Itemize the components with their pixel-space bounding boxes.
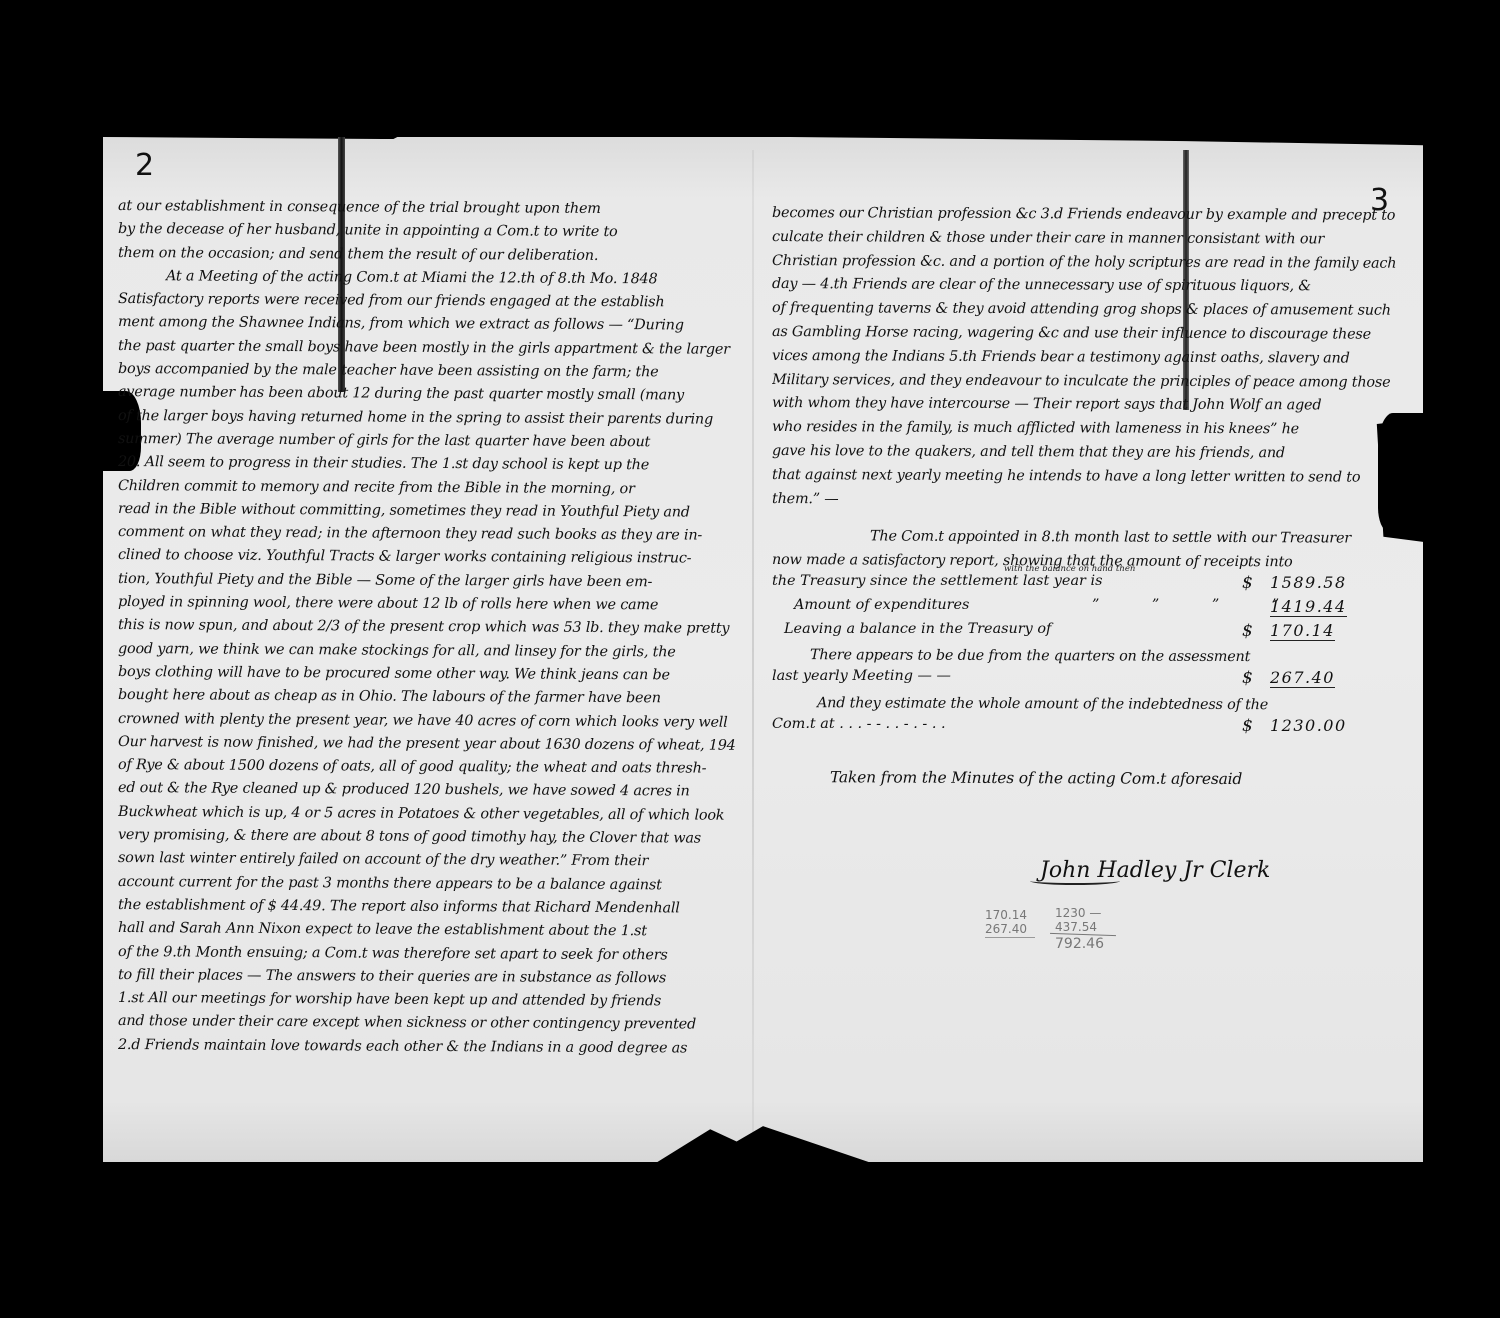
pencil-note-column-a: 170.14 267.40 xyxy=(985,908,1027,936)
ledger-label: the Treasury since the settlement last y… xyxy=(772,573,1102,589)
interlineation: with the balance on hand then xyxy=(1004,564,1135,574)
text-line: There appears to be due from the quarter… xyxy=(772,644,1397,671)
text-line: ed out & the Rye cleaned up & produced 1… xyxy=(118,777,748,804)
ledger-dollar: $ xyxy=(1242,621,1253,641)
ledger-dollar: $ xyxy=(1242,668,1253,688)
ledger-label: last yearly Meeting — — xyxy=(772,668,951,684)
ledger-row-dues: last yearly Meeting — — $ 267.40 xyxy=(772,668,1397,692)
text-line: Christian profession &c. and a portion o… xyxy=(772,250,1397,277)
ledger-amount: 267.40 xyxy=(1270,668,1335,688)
text-line: with whom they have intercourse — Their … xyxy=(772,392,1397,419)
text-line: Military services, and they endeavour to… xyxy=(772,369,1397,396)
ledger-label: Com.t at . . . - - . . - . - . . xyxy=(772,716,946,732)
text-line: that against next yearly meeting he inte… xyxy=(772,464,1397,491)
text-line: culcate their children & those under the… xyxy=(772,226,1397,253)
text-line: bought here about as cheap as in Ohio. T… xyxy=(118,684,748,711)
ledger-amount: 1230.00 xyxy=(1270,716,1347,735)
closing-line: Taken from the Minutes of the acting Com… xyxy=(772,766,1397,793)
signature: John Hadley Jr Clerk xyxy=(1040,858,1270,883)
ledger-amount: 1419.44 xyxy=(1270,597,1347,617)
text-line: as Gambling Horse racing, wagering &c an… xyxy=(772,321,1397,348)
ledger-dollar: $ xyxy=(1242,573,1253,593)
ledger-row-receipts: the Treasury since the settlement last y… xyxy=(772,573,1397,597)
text-line: hall and Sarah Ann Nixon expect to leave… xyxy=(118,917,748,944)
ledger-row-expenditures: Amount of expenditures ” ” ” ” 1419.44 xyxy=(772,597,1397,621)
text-line: becomes our Christian profession &c 3.d … xyxy=(772,202,1397,229)
text-line: clined to choose viz. Youthful Tracts & … xyxy=(118,544,748,571)
text-line: who resides in the family, is much affli… xyxy=(772,416,1397,443)
text-line: gave his love to the quakers, and tell t… xyxy=(772,440,1397,467)
pencil-note-column-b: 1230 — 437.54 xyxy=(1055,906,1101,934)
text-line: 2.d Friends maintain love towards each o… xyxy=(118,1034,748,1061)
pencil-rule xyxy=(985,937,1035,938)
pencil-note-sum: 792.46 xyxy=(1055,937,1104,951)
text-line: of the 9.th Month ensuing; a Com.t was t… xyxy=(118,941,748,968)
center-fold xyxy=(752,150,754,1150)
text-line: ment among the Shawnee Indians, from whi… xyxy=(118,311,748,338)
treasury-heading: The Com.t appointed in 8.th month last t… xyxy=(772,525,1397,552)
text-line: by the decease of her husband, unite in … xyxy=(118,218,748,245)
left-page: at our establishment in consequence of t… xyxy=(118,160,748,1057)
text-line: 20. All seem to progress in their studie… xyxy=(118,451,748,478)
ledger-row-balance: Leaving a balance in the Treasury of $ 1… xyxy=(772,621,1397,645)
ledger-row-indebtedness: Com.t at . . . - - . . - . - . . $ 1230.… xyxy=(772,716,1397,740)
text-line: And they estimate the whole amount of th… xyxy=(772,692,1397,719)
text-line: day — 4.th Friends are clear of the unne… xyxy=(772,273,1397,300)
ledger-label: Leaving a balance in the Treasury of xyxy=(784,621,1051,637)
right-page: becomes our Christian profession &c 3.d … xyxy=(772,178,1397,789)
ledger-dollar: $ xyxy=(1242,716,1253,736)
ledger-amount: 1589.58 xyxy=(1270,573,1347,592)
text-line: of frequenting taverns & they avoid atte… xyxy=(772,297,1397,324)
ledger-label: Amount of expenditures xyxy=(794,597,969,613)
text-line: vices among the Indians 5.th Friends bea… xyxy=(772,345,1397,372)
text-line: and those under their care except when s… xyxy=(118,1010,748,1037)
text-line: average number has been about 12 during … xyxy=(118,381,748,408)
text-line: sown last winter entirely failed on acco… xyxy=(118,847,748,874)
ledger-amount: 170.14 xyxy=(1270,621,1335,641)
text-line: them.” — xyxy=(772,488,1397,515)
text-line: this is now spun, and about 2/3 of the p… xyxy=(118,614,748,641)
